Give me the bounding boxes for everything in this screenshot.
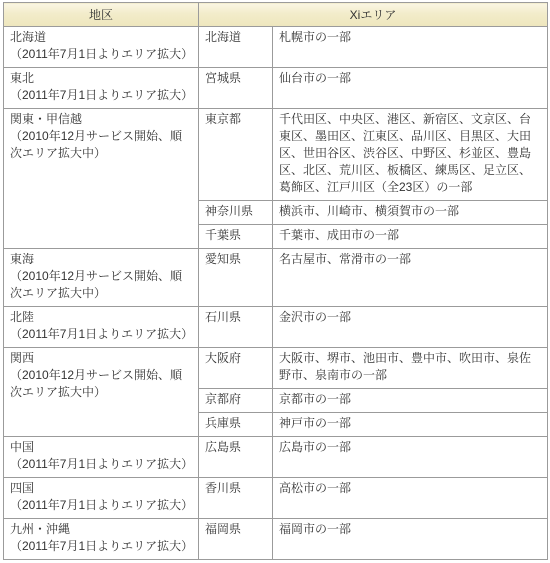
region-name: 関西 xyxy=(10,350,192,367)
region-cell: 四国（2011年7月1日よりエリア拡大） xyxy=(4,478,199,519)
region-cell: 関西（2010年12月サービス開始、順次エリア拡大中） xyxy=(4,348,199,437)
region-cell: 東海（2010年12月サービス開始、順次エリア拡大中） xyxy=(4,249,199,307)
table-row: 東北（2011年7月1日よりエリア拡大）宮城県仙台市の一部 xyxy=(4,68,548,109)
area-cell: 横浜市、川崎市、横須賀市の一部 xyxy=(273,201,548,225)
region-cell: 関東・甲信越（2010年12月サービス開始、順次エリア拡大中） xyxy=(4,109,199,249)
area-cell: 札幌市の一部 xyxy=(273,27,548,68)
region-name: 中国 xyxy=(10,439,192,456)
area-cell: 神戸市の一部 xyxy=(273,413,548,437)
xi-area-table: 地区 Xiエリア 北海道（2011年7月1日よりエリア拡大）北海道札幌市の一部東… xyxy=(3,2,548,560)
region-note: （2010年12月サービス開始、順次エリア拡大中） xyxy=(10,268,192,302)
page: 地区 Xiエリア 北海道（2011年7月1日よりエリア拡大）北海道札幌市の一部東… xyxy=(0,0,550,563)
region-name: 九州・沖縄 xyxy=(10,521,192,538)
prefecture-cell: 神奈川県 xyxy=(199,201,273,225)
region-cell: 中国（2011年7月1日よりエリア拡大） xyxy=(4,437,199,478)
table-row: 関東・甲信越（2010年12月サービス開始、順次エリア拡大中）東京都千代田区、中… xyxy=(4,109,548,201)
region-name: 関東・甲信越 xyxy=(10,111,192,128)
prefecture-cell: 広島県 xyxy=(199,437,273,478)
table-row: 北海道（2011年7月1日よりエリア拡大）北海道札幌市の一部 xyxy=(4,27,548,68)
prefecture-cell: 京都府 xyxy=(199,389,273,413)
region-cell: 東北（2011年7月1日よりエリア拡大） xyxy=(4,68,199,109)
region-cell: 九州・沖縄（2011年7月1日よりエリア拡大） xyxy=(4,519,199,560)
area-cell: 千代田区、中央区、港区、新宿区、文京区、台東区、墨田区、江東区、品川区、目黒区、… xyxy=(273,109,548,201)
area-cell: 京都市の一部 xyxy=(273,389,548,413)
table-row: 中国（2011年7月1日よりエリア拡大）広島県広島市の一部 xyxy=(4,437,548,478)
prefecture-cell: 香川県 xyxy=(199,478,273,519)
prefecture-cell: 愛知県 xyxy=(199,249,273,307)
area-cell: 名古屋市、常滑市の一部 xyxy=(273,249,548,307)
area-cell: 千葉市、成田市の一部 xyxy=(273,225,548,249)
prefecture-cell: 兵庫県 xyxy=(199,413,273,437)
area-cell: 金沢市の一部 xyxy=(273,307,548,348)
area-cell: 福岡市の一部 xyxy=(273,519,548,560)
region-note: （2011年7月1日よりエリア拡大） xyxy=(10,46,192,63)
prefecture-cell: 東京都 xyxy=(199,109,273,201)
area-cell: 広島市の一部 xyxy=(273,437,548,478)
table-header-row: 地区 Xiエリア xyxy=(4,3,548,27)
prefecture-cell: 北海道 xyxy=(199,27,273,68)
region-name: 四国 xyxy=(10,480,192,497)
region-note: （2011年7月1日よりエリア拡大） xyxy=(10,326,192,343)
region-note: （2010年12月サービス開始、順次エリア拡大中） xyxy=(10,367,192,401)
region-note: （2011年7月1日よりエリア拡大） xyxy=(10,456,192,473)
prefecture-cell: 大阪府 xyxy=(199,348,273,389)
column-header-region: 地区 xyxy=(4,3,199,27)
prefecture-cell: 宮城県 xyxy=(199,68,273,109)
area-cell: 大阪市、堺市、池田市、豊中市、吹田市、泉佐野市、泉南市の一部 xyxy=(273,348,548,389)
region-name: 東海 xyxy=(10,251,192,268)
region-note: （2011年7月1日よりエリア拡大） xyxy=(10,497,192,514)
region-note: （2011年7月1日よりエリア拡大） xyxy=(10,87,192,104)
column-header-xi-area: Xiエリア xyxy=(199,3,548,27)
table-row: 関西（2010年12月サービス開始、順次エリア拡大中）大阪府大阪市、堺市、池田市… xyxy=(4,348,548,389)
table-body: 北海道（2011年7月1日よりエリア拡大）北海道札幌市の一部東北（2011年7月… xyxy=(4,27,548,560)
table-row: 北陸（2011年7月1日よりエリア拡大）石川県金沢市の一部 xyxy=(4,307,548,348)
region-name: 北陸 xyxy=(10,309,192,326)
table-row: 九州・沖縄（2011年7月1日よりエリア拡大）福岡県福岡市の一部 xyxy=(4,519,548,560)
region-note: （2010年12月サービス開始、順次エリア拡大中） xyxy=(10,128,192,162)
region-note: （2011年7月1日よりエリア拡大） xyxy=(10,538,192,555)
region-cell: 北海道（2011年7月1日よりエリア拡大） xyxy=(4,27,199,68)
area-cell: 仙台市の一部 xyxy=(273,68,548,109)
area-cell: 高松市の一部 xyxy=(273,478,548,519)
region-name: 北海道 xyxy=(10,29,192,46)
region-cell: 北陸（2011年7月1日よりエリア拡大） xyxy=(4,307,199,348)
prefecture-cell: 千葉県 xyxy=(199,225,273,249)
table-row: 四国（2011年7月1日よりエリア拡大）香川県高松市の一部 xyxy=(4,478,548,519)
table-row: 東海（2010年12月サービス開始、順次エリア拡大中）愛知県名古屋市、常滑市の一… xyxy=(4,249,548,307)
prefecture-cell: 福岡県 xyxy=(199,519,273,560)
region-name: 東北 xyxy=(10,70,192,87)
prefecture-cell: 石川県 xyxy=(199,307,273,348)
